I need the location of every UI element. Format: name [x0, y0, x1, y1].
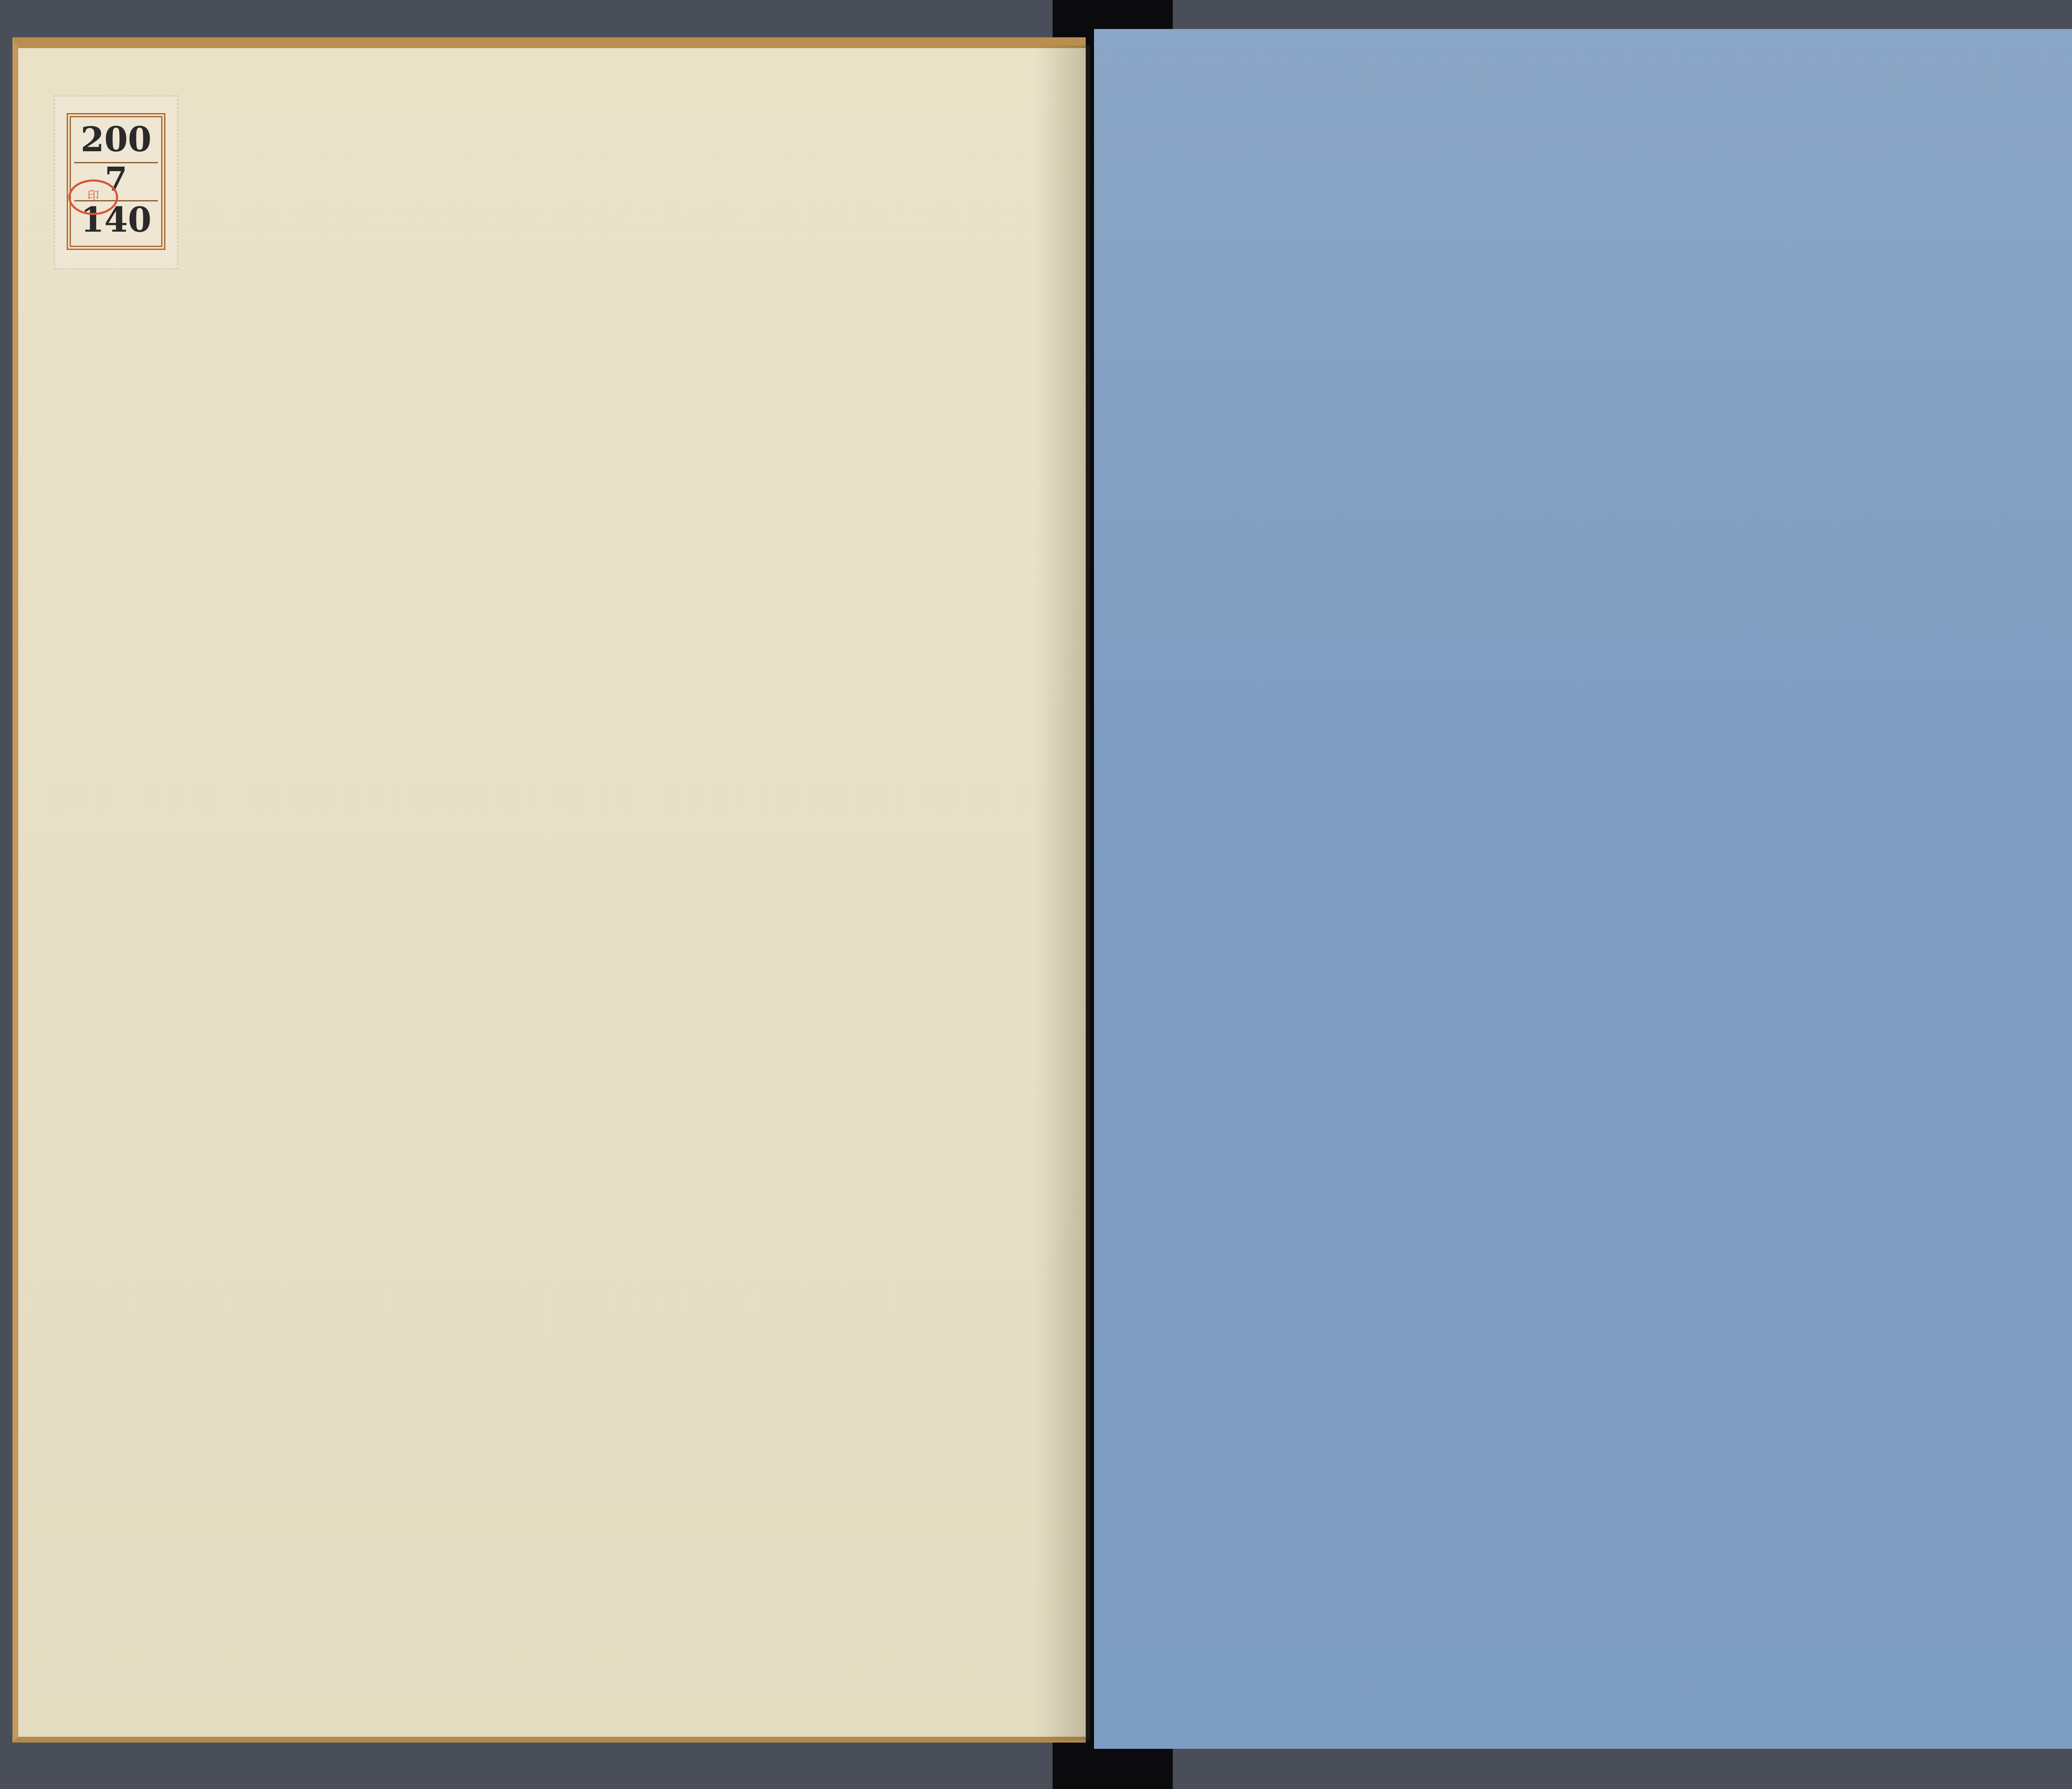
- left-page-shading: [1036, 46, 1090, 1741]
- red-seal-stamp: 印: [68, 179, 118, 215]
- left-endpaper: [12, 37, 1086, 1743]
- library-shelf-label: 200 7 140 印: [54, 95, 178, 269]
- label-number-top: 200: [71, 120, 161, 160]
- right-blue-leaf: [1094, 29, 2072, 1749]
- label-ornamental-frame: 200 7 140 印: [67, 113, 165, 250]
